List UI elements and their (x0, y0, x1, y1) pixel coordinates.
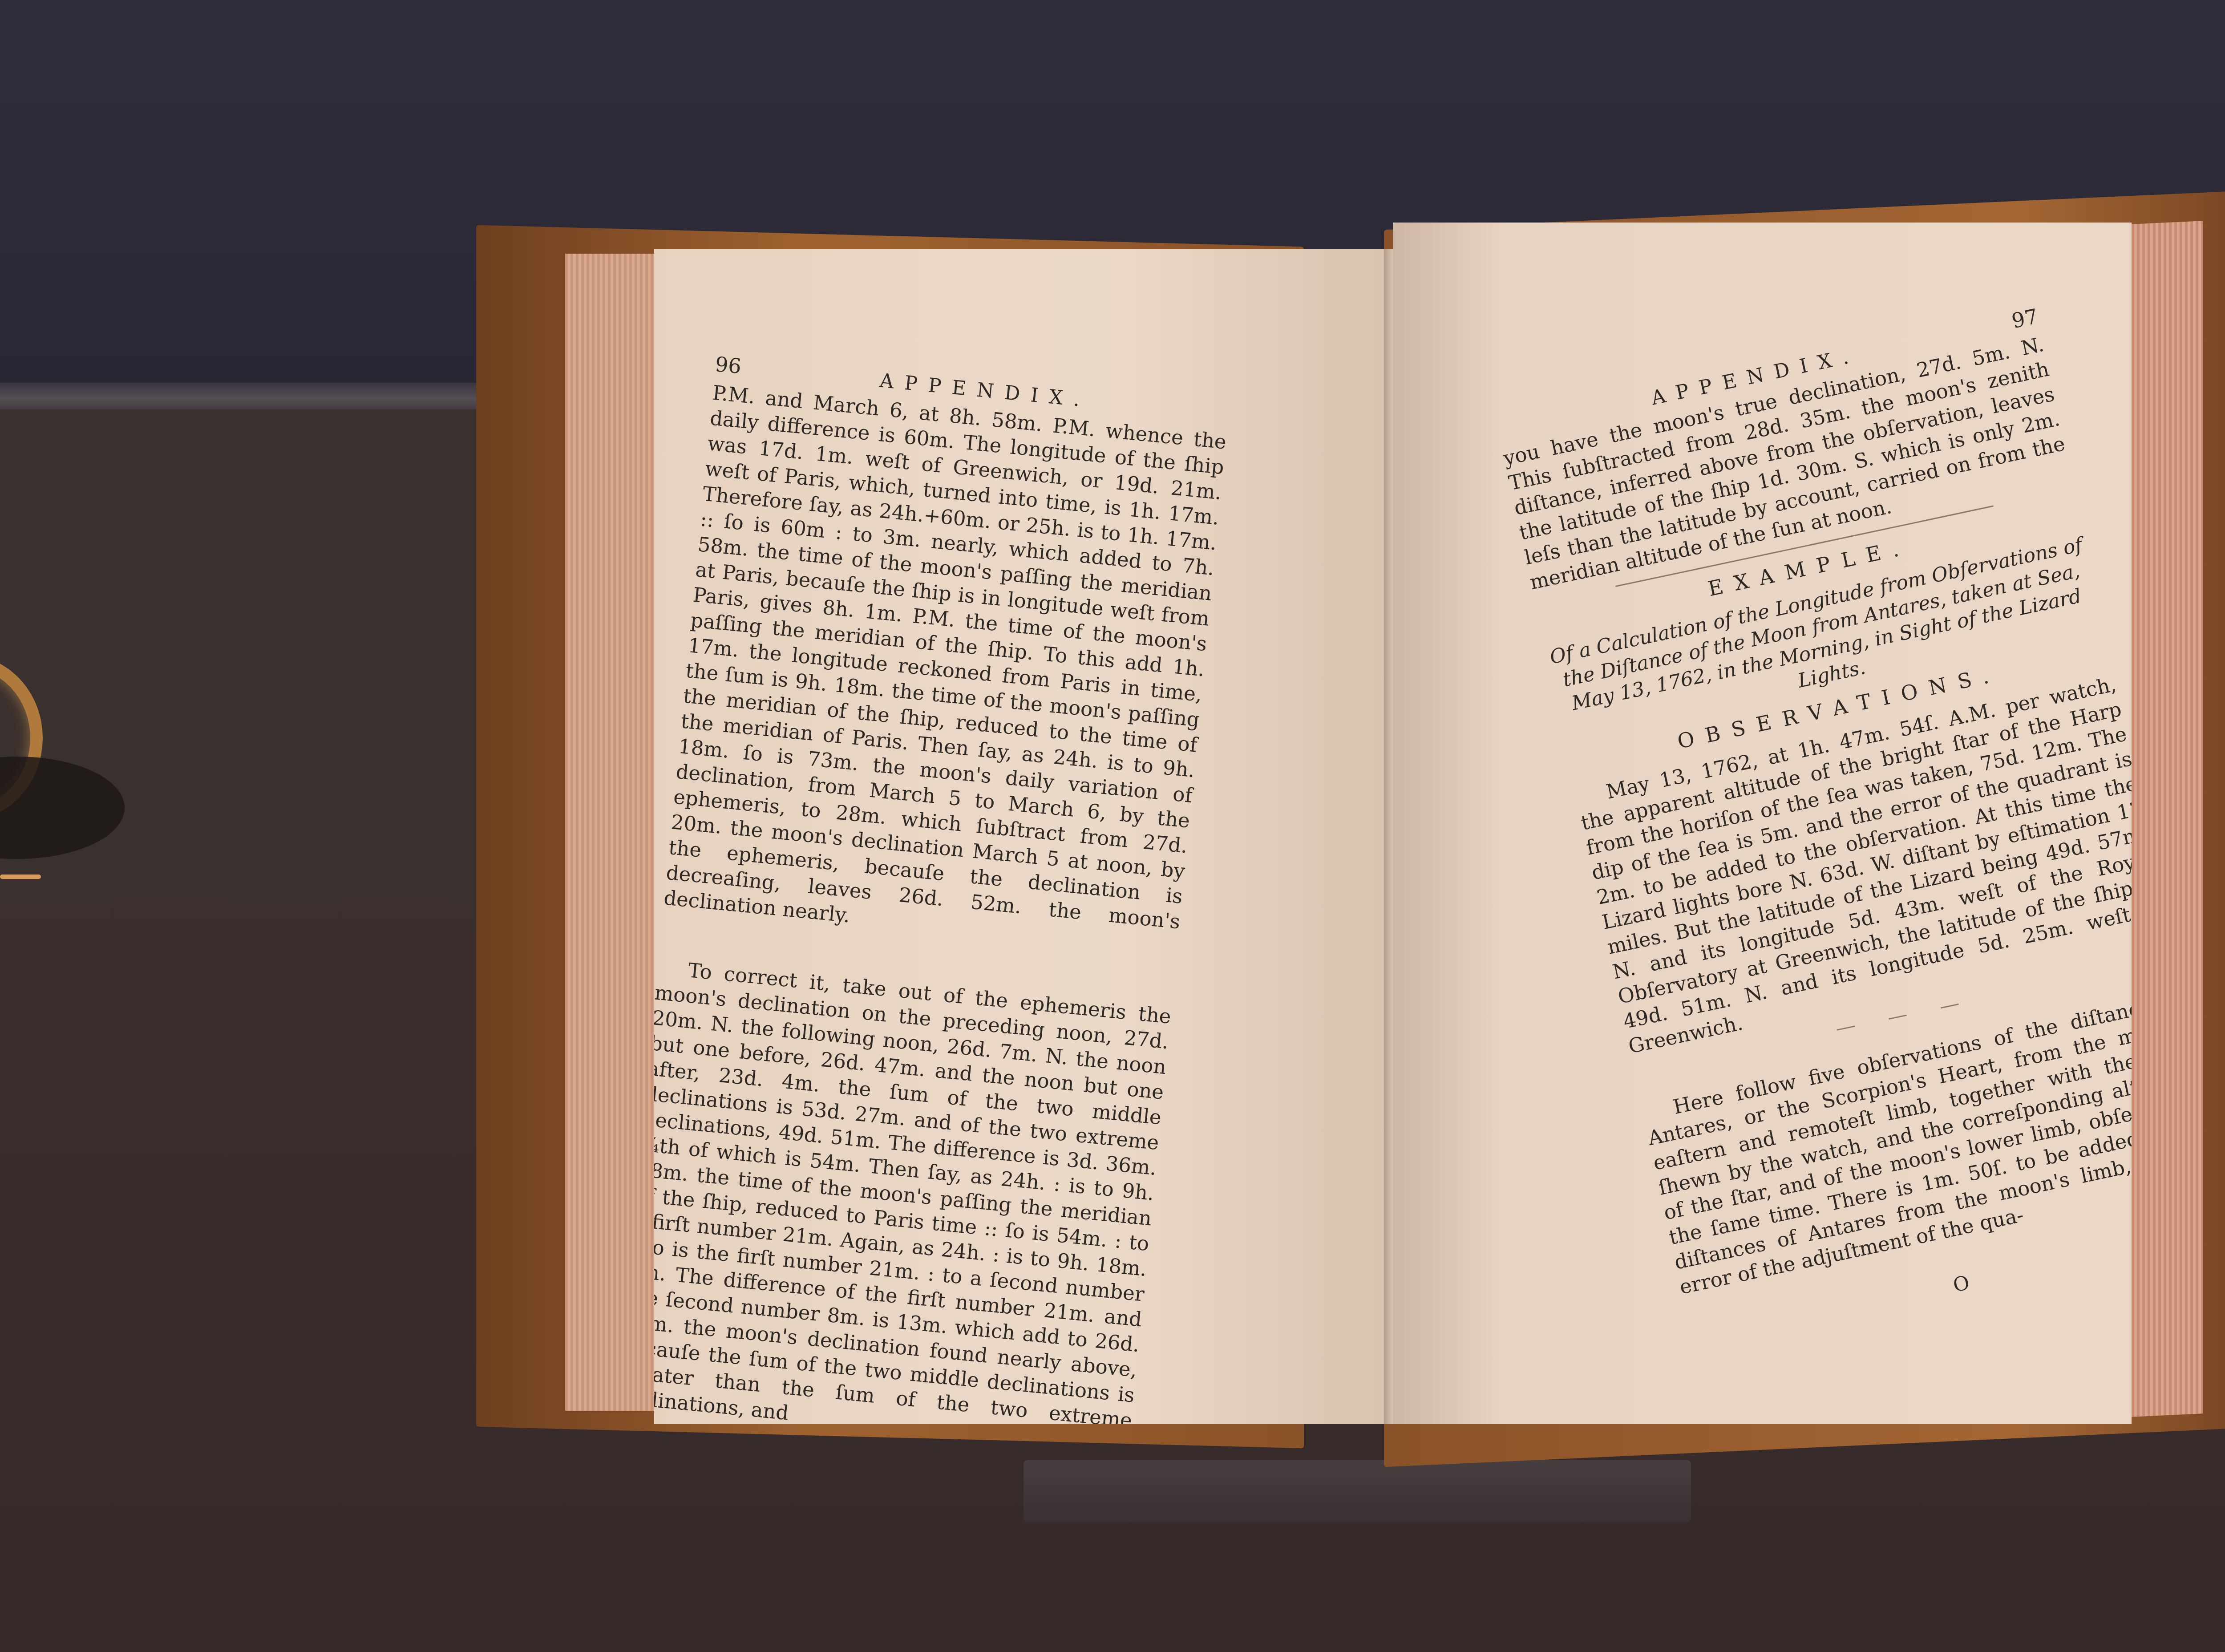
right-page: APPENDIX. 97 you have the moon's true de… (1393, 223, 2132, 1424)
right-page-text: APPENDIX. 97 you have the moon's true de… (1495, 304, 2132, 1354)
page-edges-left (565, 254, 654, 1411)
page-number: 97 (2010, 304, 2040, 334)
open-book: 96 APPENDIX. P.M. and March 6, at 8h. 58… (476, 196, 2225, 1478)
left-page: 96 APPENDIX. P.M. and March 6, at 8h. 58… (654, 249, 1393, 1424)
paragraph: To correct it, take out of the ephemeris… (654, 955, 1172, 1424)
page-number: 96 (714, 352, 743, 379)
brass-instrument-arm (0, 875, 41, 879)
left-page-text: 96 APPENDIX. P.M. and March 6, at 8h. 58… (654, 352, 1230, 1424)
page-edges-right (2132, 221, 2203, 1417)
paragraph: P.M. and March 6, at 8h. 58m. P.M. whenc… (663, 380, 1227, 960)
